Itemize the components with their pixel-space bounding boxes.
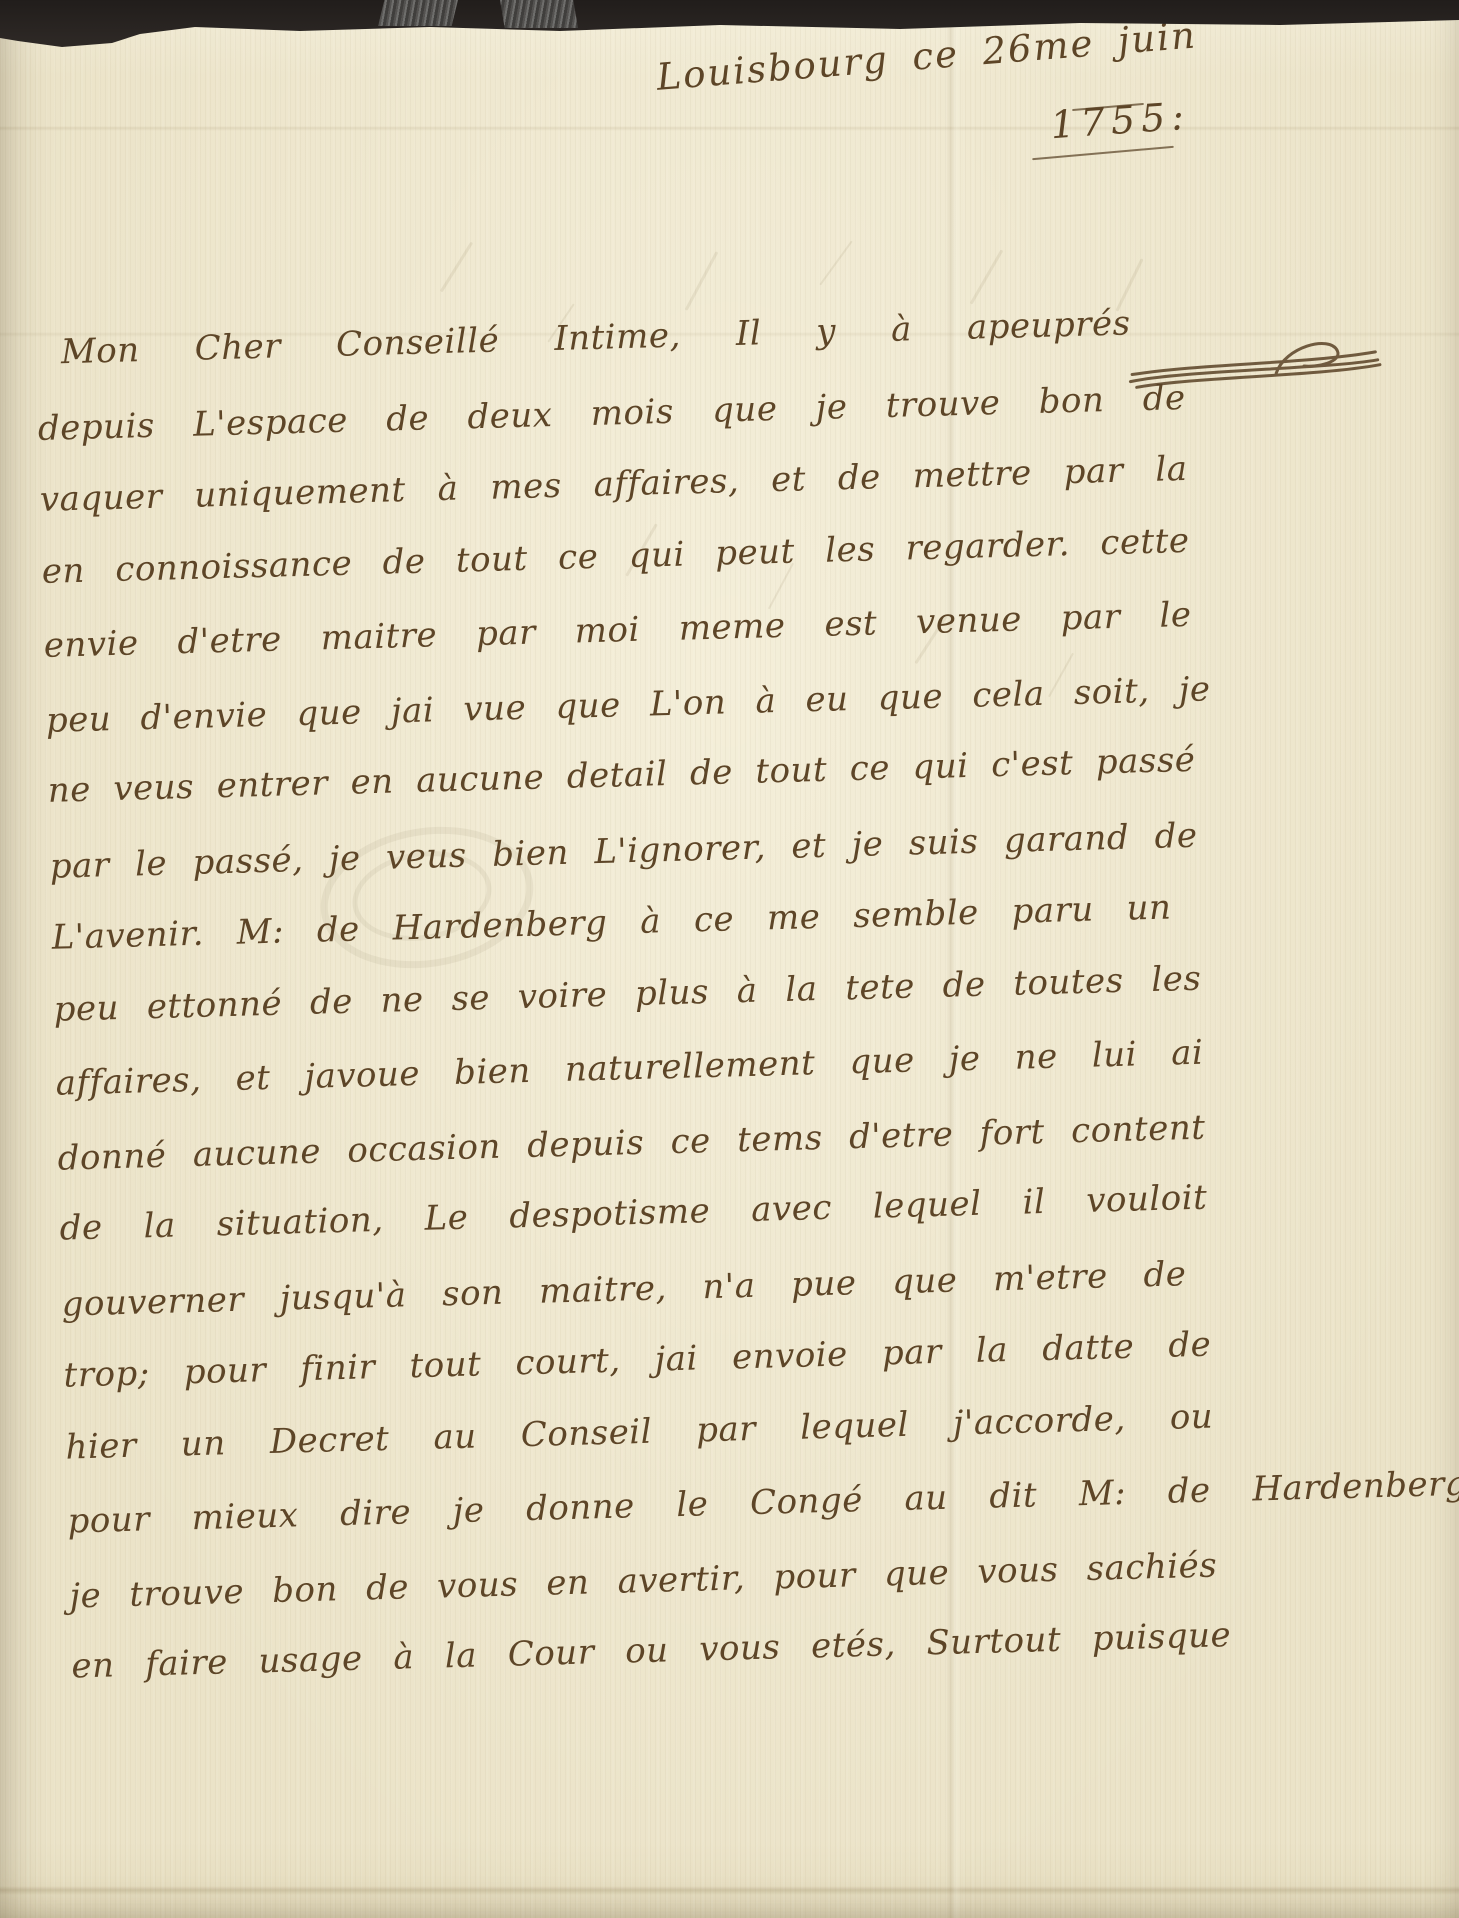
binding-cloth-streak — [378, 0, 458, 26]
letter-body: Mon Cher Conseillé Intime, Il y à apeupr… — [35, 287, 1222, 1705]
struck-out-word-scribble — [1125, 330, 1393, 407]
dateline-year: 1755: — [1004, 94, 1192, 151]
letter-paper-sheet: Louisbourg ce 26me juin 1755: Mon Cher C… — [0, 0, 1459, 1918]
binding-cloth-streak — [500, 0, 578, 28]
bleed-through-mark — [819, 241, 852, 286]
bleed-through-mark — [440, 242, 473, 293]
dateline-year-underline — [1032, 146, 1174, 160]
